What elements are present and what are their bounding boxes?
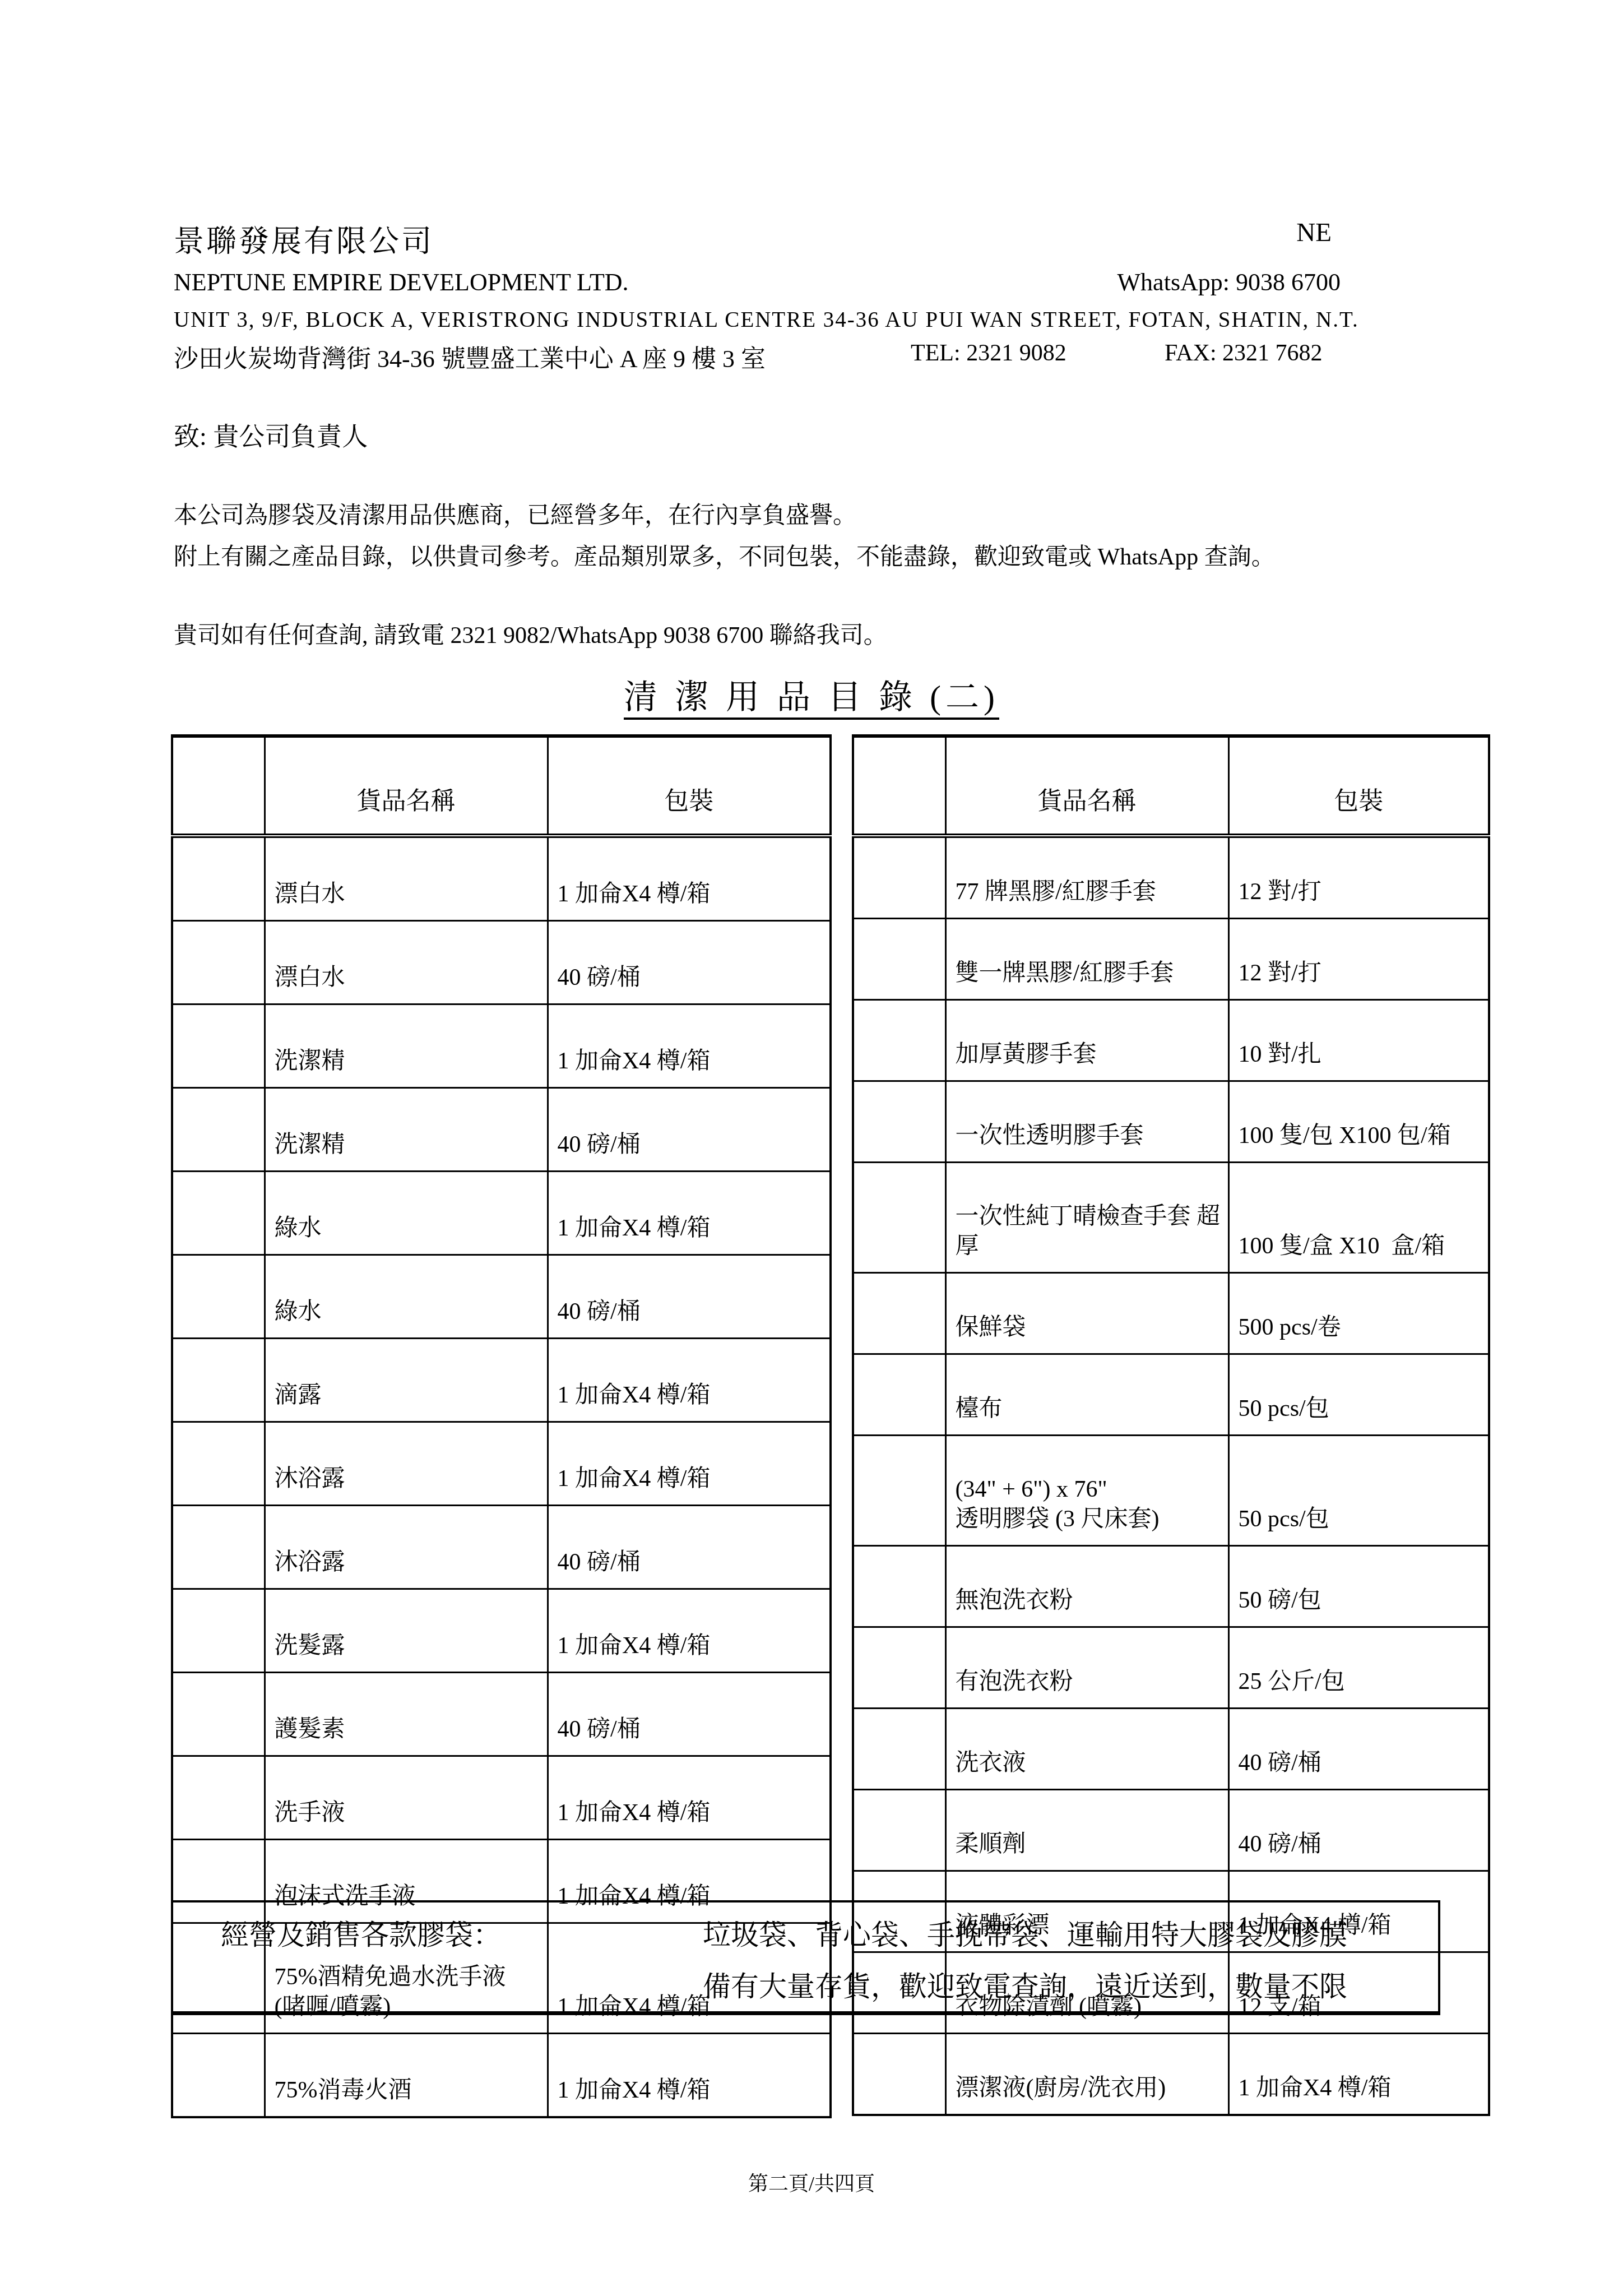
item-pack: 1 加侖X4 樽/箱 (548, 1422, 831, 1506)
item-no-cell (172, 2034, 265, 2118)
table-row: 一次性純丁晴檢查手套 超 厚100 隻/盒 X10 盒/箱 (853, 1163, 1489, 1273)
table-row: 檯布50 pcs/包 (853, 1354, 1489, 1436)
item-no-cell (172, 1255, 265, 1339)
table-row: 漂潔液(廚房/洗衣用)1 加侖X4 樽/箱 (853, 2034, 1489, 2116)
intro-line-1: 本公司為膠袋及清潔用品供應商，已經營多年，在行內享負盛譽。 (174, 497, 856, 530)
intro-line-2: 附上有關之產品目錄，以供貴司參考。產品類別眾多，不同包裝，不能盡錄，歡迎致電或 … (174, 538, 1275, 572)
item-no-cell (853, 836, 945, 919)
item-pack: 1 加侖X4 樽/箱 (548, 2034, 831, 2118)
item-name: 漂潔液(廚房/洗衣用) (945, 2034, 1228, 2116)
item-name: 沐浴露 (265, 1422, 548, 1506)
table-row: 洗潔精1 加侖X4 樽/箱 (172, 1004, 831, 1088)
promo-line-2: 備有大量存貨，歡迎致電查詢，遠近送到，數量不限 (703, 1961, 1438, 2012)
pack-header: 包裝 (1228, 736, 1489, 836)
table-row: 綠水40 磅/桶 (172, 1255, 831, 1339)
salutation: 致: 貴公司負責人 (174, 416, 368, 453)
company-mark: NE (1296, 217, 1332, 248)
letterhead-row-4: 沙田火炭坳背灣街 34-36 號豐盛工業中心 A 座 9 樓 3 室 TEL: … (174, 339, 1341, 372)
letterhead-row-1: 景聯發展有限公司 NE (174, 217, 1341, 261)
item-no-cell (853, 1163, 945, 1273)
item-no-cell (172, 836, 265, 921)
company-name-cn: 景聯發展有限公司 (174, 217, 434, 261)
item-no-cell (172, 1589, 265, 1673)
company-name-en: NEPTUNE EMPIRE DEVELOPMENT LTD. (174, 268, 629, 297)
item-name: 一次性透明膠手套 (945, 1081, 1228, 1163)
item-pack: 1 加侖X4 樽/箱 (548, 1339, 831, 1422)
item-pack: 25 公斤/包 (1228, 1627, 1489, 1709)
item-name: 無泡洗衣粉 (945, 1546, 1228, 1627)
item-no-cell (172, 921, 265, 1004)
table-row: 75%消毒火酒1 加侖X4 樽/箱 (172, 2034, 831, 2118)
item-no-cell (172, 1506, 265, 1589)
item-no-cell (853, 1790, 945, 1871)
promo-line-1: 垃圾袋、背心袋、手挽帶袋、運輸用特大膠袋及膠膜 (703, 1909, 1438, 1961)
table-row: 洗衣液40 磅/桶 (853, 1709, 1489, 1790)
item-no-cell (853, 1354, 945, 1436)
item-pack: 1 加侖X4 樽/箱 (548, 1589, 831, 1673)
table-row: 保鮮袋500 pcs/卷 (853, 1273, 1489, 1354)
fax-number: FAX: 2321 7682 (1165, 340, 1323, 367)
item-no-cell (853, 2034, 945, 2116)
table-row: 柔順劑40 磅/桶 (853, 1790, 1489, 1871)
item-no-cell (172, 1004, 265, 1088)
item-pack: 1 加侖X4 樽/箱 (548, 836, 831, 921)
item-name: 保鮮袋 (945, 1273, 1228, 1354)
item-pack: 40 磅/桶 (548, 1506, 831, 1589)
item-pack: 50 pcs/包 (1228, 1354, 1489, 1436)
name-header: 貨品名稱 (265, 736, 548, 836)
item-name: 洗衣液 (945, 1709, 1228, 1790)
item-name: 沐浴露 (265, 1506, 548, 1589)
item-pack: 1 加侖X4 樽/箱 (548, 1756, 831, 1840)
item-name: 洗潔精 (265, 1004, 548, 1088)
address-en: UNIT 3, 9/F, BLOCK A, VERISTRONG INDUSTR… (174, 307, 1395, 332)
item-pack: 10 對/扎 (1228, 1000, 1489, 1081)
table-row: 漂白水1 加侖X4 樽/箱 (172, 836, 831, 921)
item-name: (34" + 6") x 76" 透明膠袋 (3 尺床套) (945, 1436, 1228, 1546)
table-row: 77 牌黑膠/紅膠手套12 對/打 (853, 836, 1489, 919)
item-no-cell (172, 1339, 265, 1422)
letterhead-row-2: NEPTUNE EMPIRE DEVELOPMENT LTD. WhatsApp… (174, 268, 1341, 297)
item-no-cell (172, 1756, 265, 1840)
item-pack: 100 隻/包 X100 包/箱 (1228, 1081, 1489, 1163)
item-pack: 1 加侖X4 樽/箱 (548, 1172, 831, 1255)
table-row: 有泡洗衣粉25 公斤/包 (853, 1627, 1489, 1709)
item-pack: 40 磅/桶 (548, 1088, 831, 1172)
item-no-cell (853, 919, 945, 1000)
item-pack: 50 pcs/包 (1228, 1436, 1489, 1546)
item-pack: 40 磅/桶 (548, 1255, 831, 1339)
item-no-cell (172, 1088, 265, 1172)
item-name: 雙一牌黑膠/紅膠手套 (945, 919, 1228, 1000)
item-no-cell (853, 1000, 945, 1081)
item-pack: 12 對/打 (1228, 919, 1489, 1000)
item-name: 77 牌黑膠/紅膠手套 (945, 836, 1228, 919)
item-name: 洗手液 (265, 1756, 548, 1840)
item-pack: 1 加侖X4 樽/箱 (548, 1004, 831, 1088)
table-row: 洗手液1 加侖X4 樽/箱 (172, 1756, 831, 1840)
item-pack: 12 對/打 (1228, 836, 1489, 919)
table-row: 漂白水40 磅/桶 (172, 921, 831, 1004)
table-row: 沐浴露40 磅/桶 (172, 1506, 831, 1589)
item-name: 滴露 (265, 1339, 548, 1422)
item-no-cell (853, 1627, 945, 1709)
item-name: 有泡洗衣粉 (945, 1627, 1228, 1709)
catalog-title: 清 潔 用 品 目 錄 (二) (0, 670, 1623, 719)
item-name: 洗髮露 (265, 1589, 548, 1673)
table-row: 一次性透明膠手套100 隻/包 X100 包/箱 (853, 1081, 1489, 1163)
item-no-cell (172, 1172, 265, 1255)
table-row: 滴露1 加侖X4 樽/箱 (172, 1339, 831, 1422)
item-pack: 40 磅/桶 (1228, 1790, 1489, 1871)
plastic-bags-promo-box: 經營及銷售各款膠袋： 垃圾袋、背心袋、手挽帶袋、運輸用特大膠袋及膠膜 備有大量存… (171, 1900, 1440, 2015)
item-pack: 1 加侖X4 樽/箱 (1228, 2034, 1489, 2116)
item-name: 洗潔精 (265, 1088, 548, 1172)
item-no-cell (853, 1709, 945, 1790)
table-row: 雙一牌黑膠/紅膠手套12 對/打 (853, 919, 1489, 1000)
table-row: 沐浴露1 加侖X4 樽/箱 (172, 1422, 831, 1506)
item-pack: 40 磅/桶 (1228, 1709, 1489, 1790)
address-cn: 沙田火炭坳背灣街 34-36 號豐盛工業中心 A 座 9 樓 3 室 (174, 339, 766, 374)
item-no-header (853, 736, 945, 836)
table-row: (34" + 6") x 76" 透明膠袋 (3 尺床套)50 pcs/包 (853, 1436, 1489, 1546)
header-row: 貨品名稱 包裝 (853, 736, 1489, 836)
promo-label: 經營及銷售各款膠袋： (221, 1909, 703, 2011)
item-pack: 50 磅/包 (1228, 1546, 1489, 1627)
tel-number: TEL: 2321 9082 (911, 340, 1066, 367)
item-no-cell (853, 1436, 945, 1546)
item-pack: 100 隻/盒 X10 盒/箱 (1228, 1163, 1489, 1273)
header-row: 貨品名稱 包裝 (172, 736, 831, 836)
table-row: 洗髮露1 加侖X4 樽/箱 (172, 1589, 831, 1673)
item-name: 綠水 (265, 1255, 548, 1339)
pack-header: 包裝 (548, 736, 831, 836)
item-name: 綠水 (265, 1172, 548, 1255)
item-name: 漂白水 (265, 921, 548, 1004)
table-row: 綠水1 加侖X4 樽/箱 (172, 1172, 831, 1255)
page-number: 第二頁/共四頁 (0, 2168, 1623, 2197)
whatsapp-number: WhatsApp: 9038 6700 (1117, 268, 1341, 297)
item-name: 檯布 (945, 1354, 1228, 1436)
item-no-cell (853, 1273, 945, 1354)
item-no-cell (172, 1422, 265, 1506)
item-name: 一次性純丁晴檢查手套 超 厚 (945, 1163, 1228, 1273)
item-no-cell (172, 1673, 265, 1756)
table-row: 加厚黃膠手套10 對/扎 (853, 1000, 1489, 1081)
item-name: 漂白水 (265, 836, 548, 921)
item-name: 護髮素 (265, 1673, 548, 1756)
table-row: 護髮素40 磅/桶 (172, 1673, 831, 1756)
item-name: 加厚黃膠手套 (945, 1000, 1228, 1081)
item-pack: 500 pcs/卷 (1228, 1273, 1489, 1354)
name-header: 貨品名稱 (945, 736, 1228, 836)
promo-content: 垃圾袋、背心袋、手挽帶袋、運輸用特大膠袋及膠膜 備有大量存貨，歡迎致電查詢，遠近… (703, 1909, 1438, 2011)
item-pack: 40 磅/桶 (548, 1673, 831, 1756)
table-row: 無泡洗衣粉50 磅/包 (853, 1546, 1489, 1627)
item-pack: 40 磅/桶 (548, 921, 831, 1004)
item-name: 柔順劑 (945, 1790, 1228, 1871)
item-name: 75%消毒火酒 (265, 2034, 548, 2118)
table-row: 洗潔精40 磅/桶 (172, 1088, 831, 1172)
item-no-header (172, 736, 265, 836)
catalog-document-page: 景聯發展有限公司 NE NEPTUNE EMPIRE DEVELOPMENT L… (0, 0, 1623, 2296)
item-no-cell (853, 1546, 945, 1627)
contact-line: 貴司如有任何查詢, 請致電 2321 9082/WhatsApp 9038 67… (174, 617, 887, 650)
item-no-cell (853, 1081, 945, 1163)
